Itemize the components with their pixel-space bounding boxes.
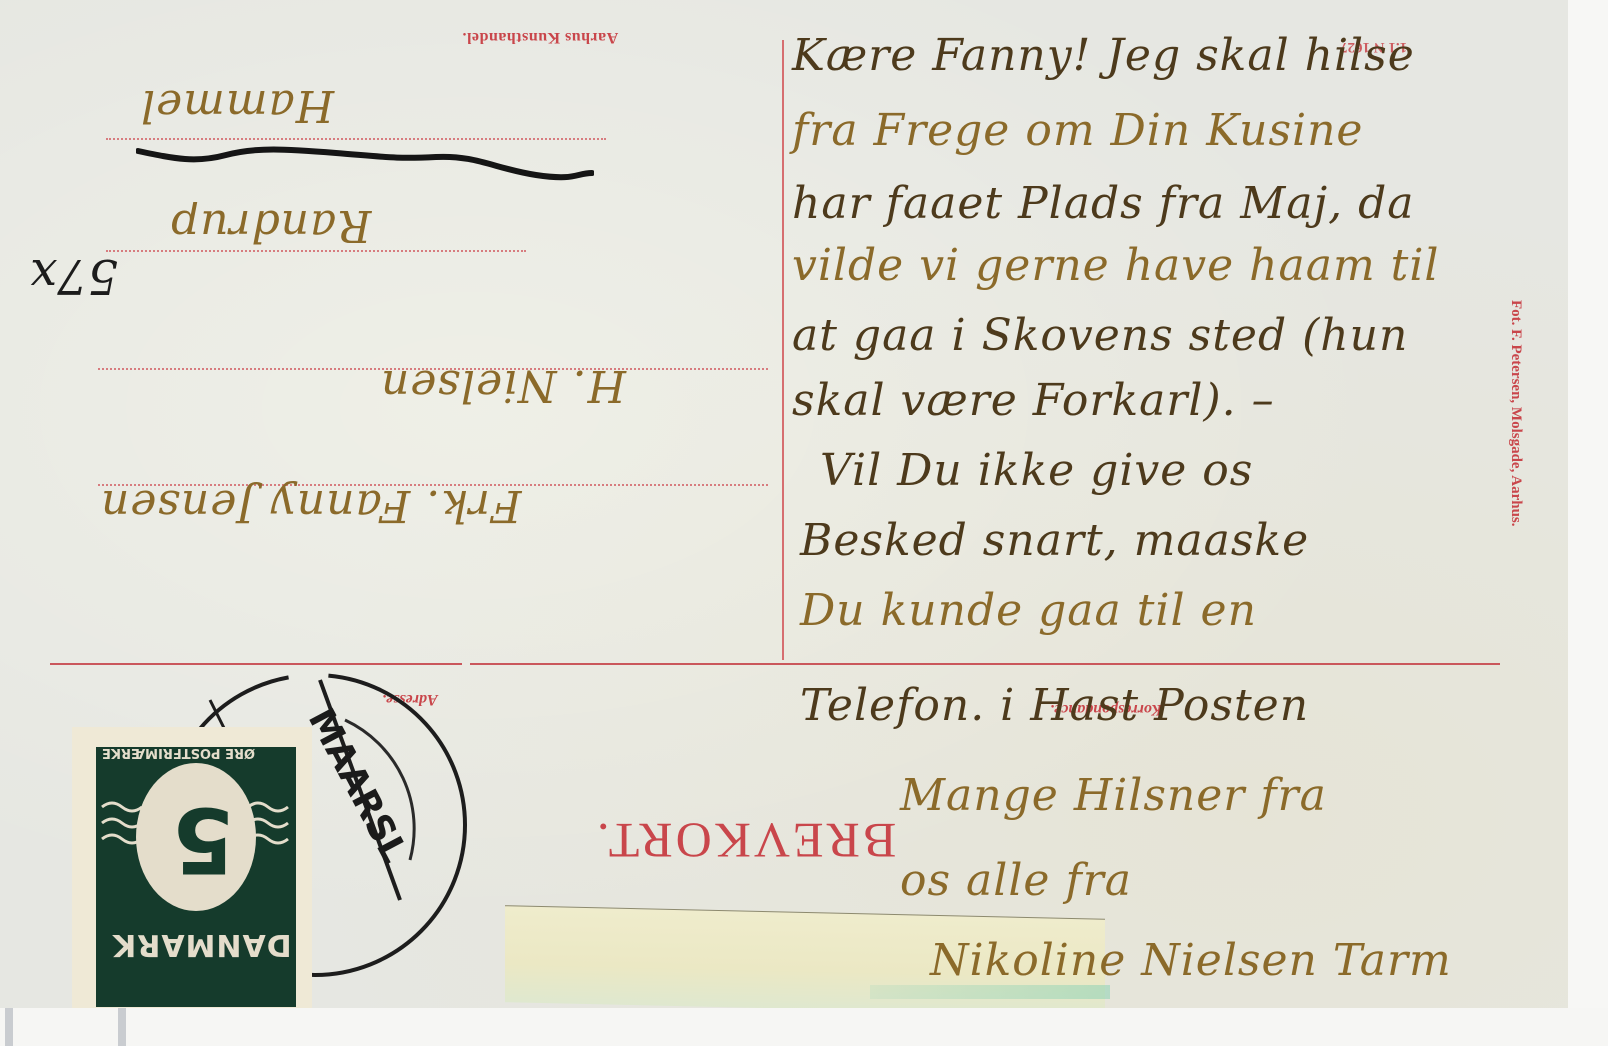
photo-credit: Fot. F. Petersen, Molsgade, Aarhus.	[1500, 300, 1530, 780]
pencil-mark-text: 57x	[30, 248, 118, 304]
address-line: Hammel	[140, 80, 334, 131]
message-line: Mange Hilsner fra	[900, 770, 1327, 821]
stamp-value-text: 5	[172, 787, 235, 892]
pencil-mark: 57x	[30, 248, 118, 304]
photo-credit-text: Fot. F. Petersen, Molsgade, Aarhus.	[1507, 300, 1524, 527]
stamp-unit-label: ØRE POSTFRIMÆRKE	[102, 745, 255, 759]
publisher-text: Aarhus Kunsthandel.	[462, 28, 618, 46]
signature: Nikoline Nielsen Tarm	[930, 935, 1452, 986]
message-line: Kære Fanny! Jeg skal hilse	[792, 30, 1415, 81]
brevkort-title: BREVKORT.	[594, 812, 896, 870]
message-line: Vil Du ikke give os	[820, 445, 1253, 496]
address-line-text: Frk. Fanny Jensen	[100, 480, 521, 531]
message-line: har faaet Plads fra Maj, da	[792, 178, 1415, 229]
message-line: fra Frege om Din Kusine	[792, 105, 1363, 156]
message-line: skal være Forkarl). –	[792, 375, 1275, 426]
postage-stamp: 5 ØRE POSTFRIMÆRKE DANMARK	[72, 727, 312, 1017]
publisher-imprint: Aarhus Kunsthandel.	[462, 28, 618, 46]
postcard-back: Aarhus Kunsthandel. 1.1 N 1627 Adresse. …	[0, 0, 1568, 1020]
address-line-text: H. Nielsen	[380, 360, 626, 411]
message-line: os alle fra	[900, 855, 1132, 906]
message-line: Besked snart, maaske	[800, 515, 1309, 566]
strikethrough-mark	[136, 145, 594, 185]
horizontal-divider-right	[470, 663, 1500, 665]
scan-margin-bottom	[0, 1008, 1608, 1046]
stamp-country: DANMARK	[112, 927, 292, 962]
address-line: H. Nielsen	[380, 360, 626, 411]
tape-stain	[870, 985, 1110, 999]
message-line: at gaa i Skovens sted (hun	[792, 310, 1408, 361]
message-line: vilde vi gerne have haam til	[792, 240, 1440, 291]
message-line: Du kunde gaa til en	[800, 585, 1257, 636]
address-line-text: Hammel	[140, 80, 334, 131]
stamp-unit-text: ØRE POSTFRIMÆRKE	[102, 745, 292, 759]
vertical-divider	[782, 40, 784, 660]
address-line: Randrup	[170, 200, 371, 251]
address-dotted-line	[106, 138, 606, 140]
address-line-text: Randrup	[170, 200, 371, 251]
address-line: Frk. Fanny Jensen	[100, 480, 521, 531]
stamp-country-text: DANMARK	[112, 927, 292, 962]
scan-clip	[118, 1008, 126, 1046]
brevkort-text: BREVKORT.	[594, 812, 896, 870]
stamp-value: 5	[172, 787, 235, 892]
scan-margin-right	[1568, 0, 1608, 1046]
scan-clip	[5, 1008, 13, 1046]
message-line: Telefon. i Hast Posten	[800, 680, 1309, 731]
